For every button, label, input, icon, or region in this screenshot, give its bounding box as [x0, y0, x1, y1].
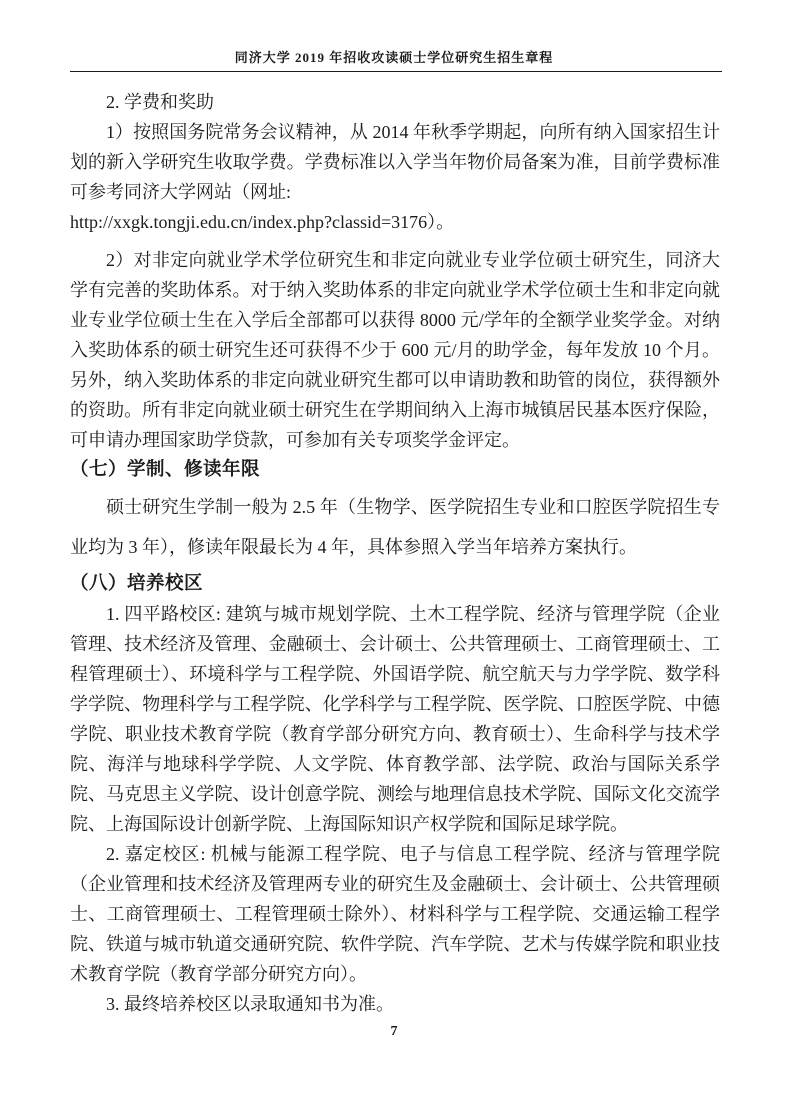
jiading-campus-paragraph: 2. 嘉定校区: 机械与能源工程学院、电子与信息工程学院、经济与管理学院（企业管…: [70, 839, 720, 989]
tuition-policy-paragraph: 1）按照国务院常务会议精神，从 2014 年秋季学期起，向所有纳入国家招生计划的…: [70, 117, 720, 207]
tuition-url-line: http://xxgk.tongji.edu.cn/index.php?clas…: [70, 207, 720, 237]
document-page: 同济大学 2019 年招收攻读硕士学位研究生招生章程 2. 学费和奖助 1）按照…: [0, 0, 788, 1118]
page-number: 7: [391, 1024, 398, 1039]
award-system-paragraph: 2）对非定向就业学术学位研究生和非定向就业专业学位硕士研究生，同济大学有完善的奖…: [70, 245, 720, 455]
document-header-title: 同济大学 2019 年招收攻读硕士学位研究生招生章程: [0, 0, 788, 66]
section-heading-campus: （八）培养校区: [70, 569, 720, 599]
section-heading-study-length: （七）学制、修读年限: [70, 455, 720, 485]
tuition-aid-subheading: 2. 学费和奖助: [70, 87, 720, 117]
study-length-paragraph: 硕士研究生学制一般为 2.5 年（生物学、医学院招生专业和口腔医学院招生专业均为…: [70, 487, 720, 567]
header-divider: [70, 71, 722, 72]
document-footer: 7: [0, 1022, 788, 1041]
siping-campus-paragraph: 1. 四平路校区: 建筑与城市规划学院、土木工程学院、经济与管理学院（企业管理、…: [70, 599, 720, 839]
document-header: 同济大学 2019 年招收攻读硕士学位研究生招生章程: [0, 0, 788, 72]
final-campus-paragraph: 3. 最终培养校区以录取通知书为准。: [70, 989, 720, 1019]
document-body: 2. 学费和奖助 1）按照国务院常务会议精神，从 2014 年秋季学期起，向所有…: [70, 87, 720, 1019]
